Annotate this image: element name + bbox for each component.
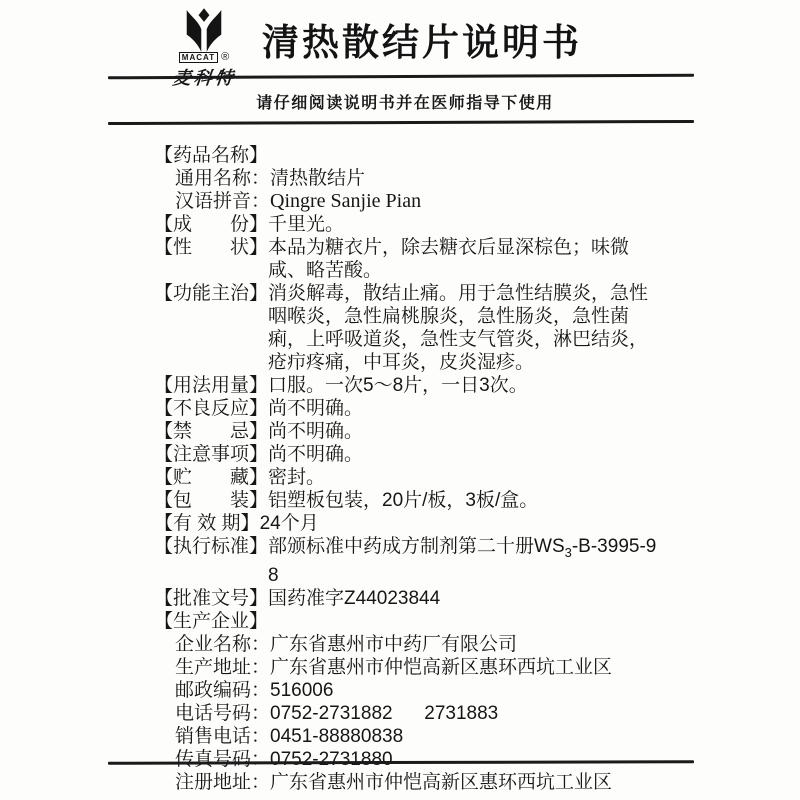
section-label: 【贮 藏】 [154,466,268,489]
field-label: 销售电话： [175,725,270,748]
section-value: 口服。一次5～8片，一日3次。 [268,374,666,397]
section-value: 24个月 [260,512,666,535]
field-value: 广东省惠州市仲恺高新区惠环西坑工业区 [270,656,666,679]
section-precautions: 【注意事项】 尚不明确。 [154,443,666,466]
section-drug-name: 【药品名称】 [154,144,666,167]
section-label: 【性 状】 [154,236,268,259]
standard-subscript: 3 [565,545,572,560]
brand-latin-row: MACAT ® [179,52,229,63]
section-storage: 【贮 藏】 密封。 [154,466,666,489]
section-value: 消炎解毒，散结止痛。用于急性结膜炎，急性咽喉炎，急性扁桃腺炎，急性肠炎，急性菌痢… [268,282,666,374]
section-label: 【功能主治】 [154,282,268,305]
section-value: 密封。 [268,466,666,489]
section-description: 【性 状】 本品为糖衣片，除去糖衣后显深棕色；味微咸、略苦酸。 [154,236,666,282]
section-value: 本品为糖衣片，除去糖衣后显深棕色；味微咸、略苦酸。 [268,236,666,282]
field-generic-name: 通用名称： 清热散结片 [154,167,666,190]
field-value: 广东省惠州市中药厂有限公司 [270,633,666,656]
section-packaging: 【包 装】 铝塑板包装，20片/板，3板/盒。 [154,489,666,512]
brand-latin-text: MACAT [179,52,218,63]
field-pinyin-name: 汉语拼音： Qingre Sanjie Pian [154,190,666,213]
section-label: 【注意事项】 [154,443,268,466]
section-shelf-life: 【有 效 期】 24个月 [154,512,666,535]
field-value: 516006 [270,679,666,702]
field-label: 传真号码： [175,748,270,771]
section-value: 尚不明确。 [268,397,666,420]
field-company-name: 企业名称： 广东省惠州市中药厂有限公司 [154,633,666,656]
section-adverse-reactions: 【不良反应】 尚不明确。 [154,397,666,420]
section-label: 【用法用量】 [154,374,268,397]
macat-emblem-icon [184,8,224,54]
leaflet-page: { "colors": { "ink": "#161616", "paper":… [0,0,800,800]
field-value: Qingre Sanjie Pian [270,190,666,213]
field-label: 电话号码： [175,702,270,725]
section-label: 【禁 忌】 [154,420,268,443]
field-value: 0752-2731882 2731883 [270,702,666,725]
section-value: 部颁标准中药成方制剂第二十册WS3-B-3995-98 [268,535,666,587]
field-label: 生产地址： [175,656,270,679]
section-indications: 【功能主治】 消炎解毒，散结止痛。用于急性结膜炎，急性咽喉炎，急性扁桃腺炎，急性… [154,282,666,374]
section-approval-number: 【批准文号】 国药准字Z44023844 [154,587,666,610]
field-label: 汉语拼音： [175,190,270,213]
section-value: 国药准字Z44023844 [268,587,666,610]
field-label: 通用名称： [175,167,270,190]
section-contraindications: 【禁 忌】 尚不明确。 [154,420,666,443]
field-label: 注册地址： [175,771,270,794]
field-value: 清热散结片 [270,167,666,190]
field-fax-number: 传真号码： 0752-2731880 [154,748,666,771]
section-value: 尚不明确。 [268,443,666,466]
section-label: 【批准文号】 [154,587,268,610]
field-label: 企业名称： [175,633,270,656]
field-value: 0752-2731880 [270,748,666,771]
section-dosage: 【用法用量】 口服。一次5～8片，一日3次。 [154,374,666,397]
field-label: 邮政编码： [175,679,270,702]
registered-trademark-icon: ® [221,52,229,63]
divider-middle [108,120,694,125]
field-postal-code: 邮政编码： 516006 [154,679,666,702]
section-value: 铝塑板包装，20片/板，3板/盒。 [268,489,666,512]
leaflet-body: 【药品名称】 通用名称： 清热散结片 汉语拼音： Qingre Sanjie P… [154,144,666,794]
page-title: 清热散结片说明书 [262,12,592,66]
section-standard: 【执行标准】 部颁标准中药成方制剂第二十册WS3-B-3995-98 [154,535,666,587]
field-value: 0451-88880838 [270,725,666,748]
section-label: 【执行标准】 [154,535,268,558]
section-value: 尚不明确。 [268,420,666,443]
field-sales-phone: 销售电话： 0451-88880838 [154,725,666,748]
section-value: 千里光。 [268,213,666,236]
section-label: 【生产企业】 [154,610,268,633]
section-label: 【包 装】 [154,489,268,512]
section-label: 【有 效 期】 [154,512,260,535]
field-phone-number: 电话号码： 0752-2731882 2731883 [154,702,666,725]
field-production-address: 生产地址： 广东省惠州市仲恺高新区惠环西坑工业区 [154,656,666,679]
field-value: 广东省惠州市仲恺高新区惠环西坑工业区 [270,771,666,794]
usage-notice: 请仔细阅读说明书并在医师指导下使用 [0,90,800,113]
section-manufacturer: 【生产企业】 [154,610,666,633]
field-registered-address: 注册地址： 广东省惠州市仲恺高新区惠环西坑工业区 [154,771,666,794]
section-label: 【成 份】 [154,213,268,236]
standard-text: 部颁标准中药成方制剂第二十册WS [268,536,565,557]
section-label: 【药品名称】 [154,144,268,167]
section-label: 【不良反应】 [154,397,268,420]
section-ingredients: 【成 份】 千里光。 [154,213,666,236]
